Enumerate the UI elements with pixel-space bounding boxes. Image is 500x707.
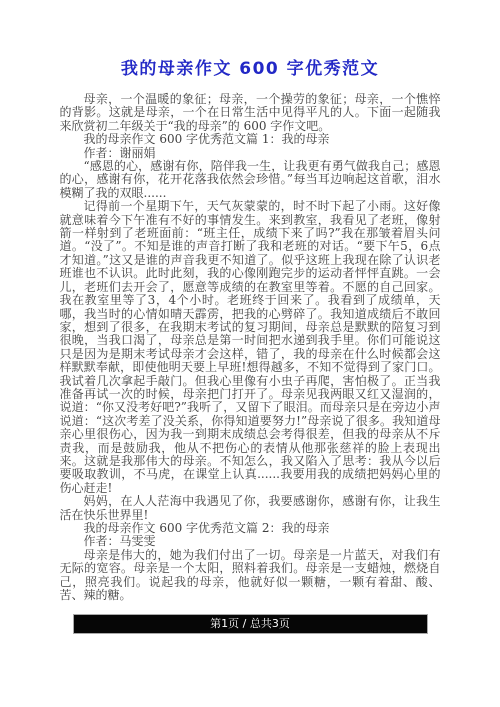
document-body: 母亲，一个温暖的象征；母亲，一个操劳的象征；母亲，一个憔悴的背影。这就是母亲，一… (60, 93, 441, 602)
essay-intro-paragraph: 母亲，一个温暖的象征；母亲，一个操劳的象征；母亲，一个憔悴的背影。这就是母亲，一… (60, 93, 441, 133)
document-viewer[interactable]: 我的母亲作文 600 字优秀范文 母亲，一个温暖的象征；母亲，一个操劳的象征；母… (0, 0, 500, 707)
essay-2-author: 作者：马雯雯 (60, 535, 441, 548)
document-page: 我的母亲作文 600 字优秀范文 母亲，一个温暖的象征；母亲，一个操劳的象征；母… (0, 0, 500, 707)
essay-paragraph: 母亲是伟大的，她为我们付出了一切。母亲是一片蓝天，对我们有无际的宽容。母亲是一个… (60, 549, 441, 603)
essay-paragraph: 记得前一个星期下午，天气灰蒙蒙的，时不时下起了小雨。这好像就意味着今下午准有不好… (60, 200, 441, 495)
document-title: 我的母亲作文 600 字优秀范文 (0, 0, 500, 93)
essay-paragraph: “感恩的心，感谢有你，陪伴我一生，让我更有勇气做我自己；感恩的心，感谢有你，花开… (60, 160, 441, 200)
page-indicator: 第1页 / 总共3页 (73, 614, 428, 634)
essay-1-heading: 我的母亲作文 600 字优秀范文篇 1：我的母亲 (60, 133, 441, 146)
page-indicator-text: 第1页 / 总共3页 (210, 617, 290, 630)
essay-paragraph: 妈妈，在人人茫海中我遇见了你，我要感谢你，感谢有你，让我生活在快乐世界里! (60, 495, 441, 522)
